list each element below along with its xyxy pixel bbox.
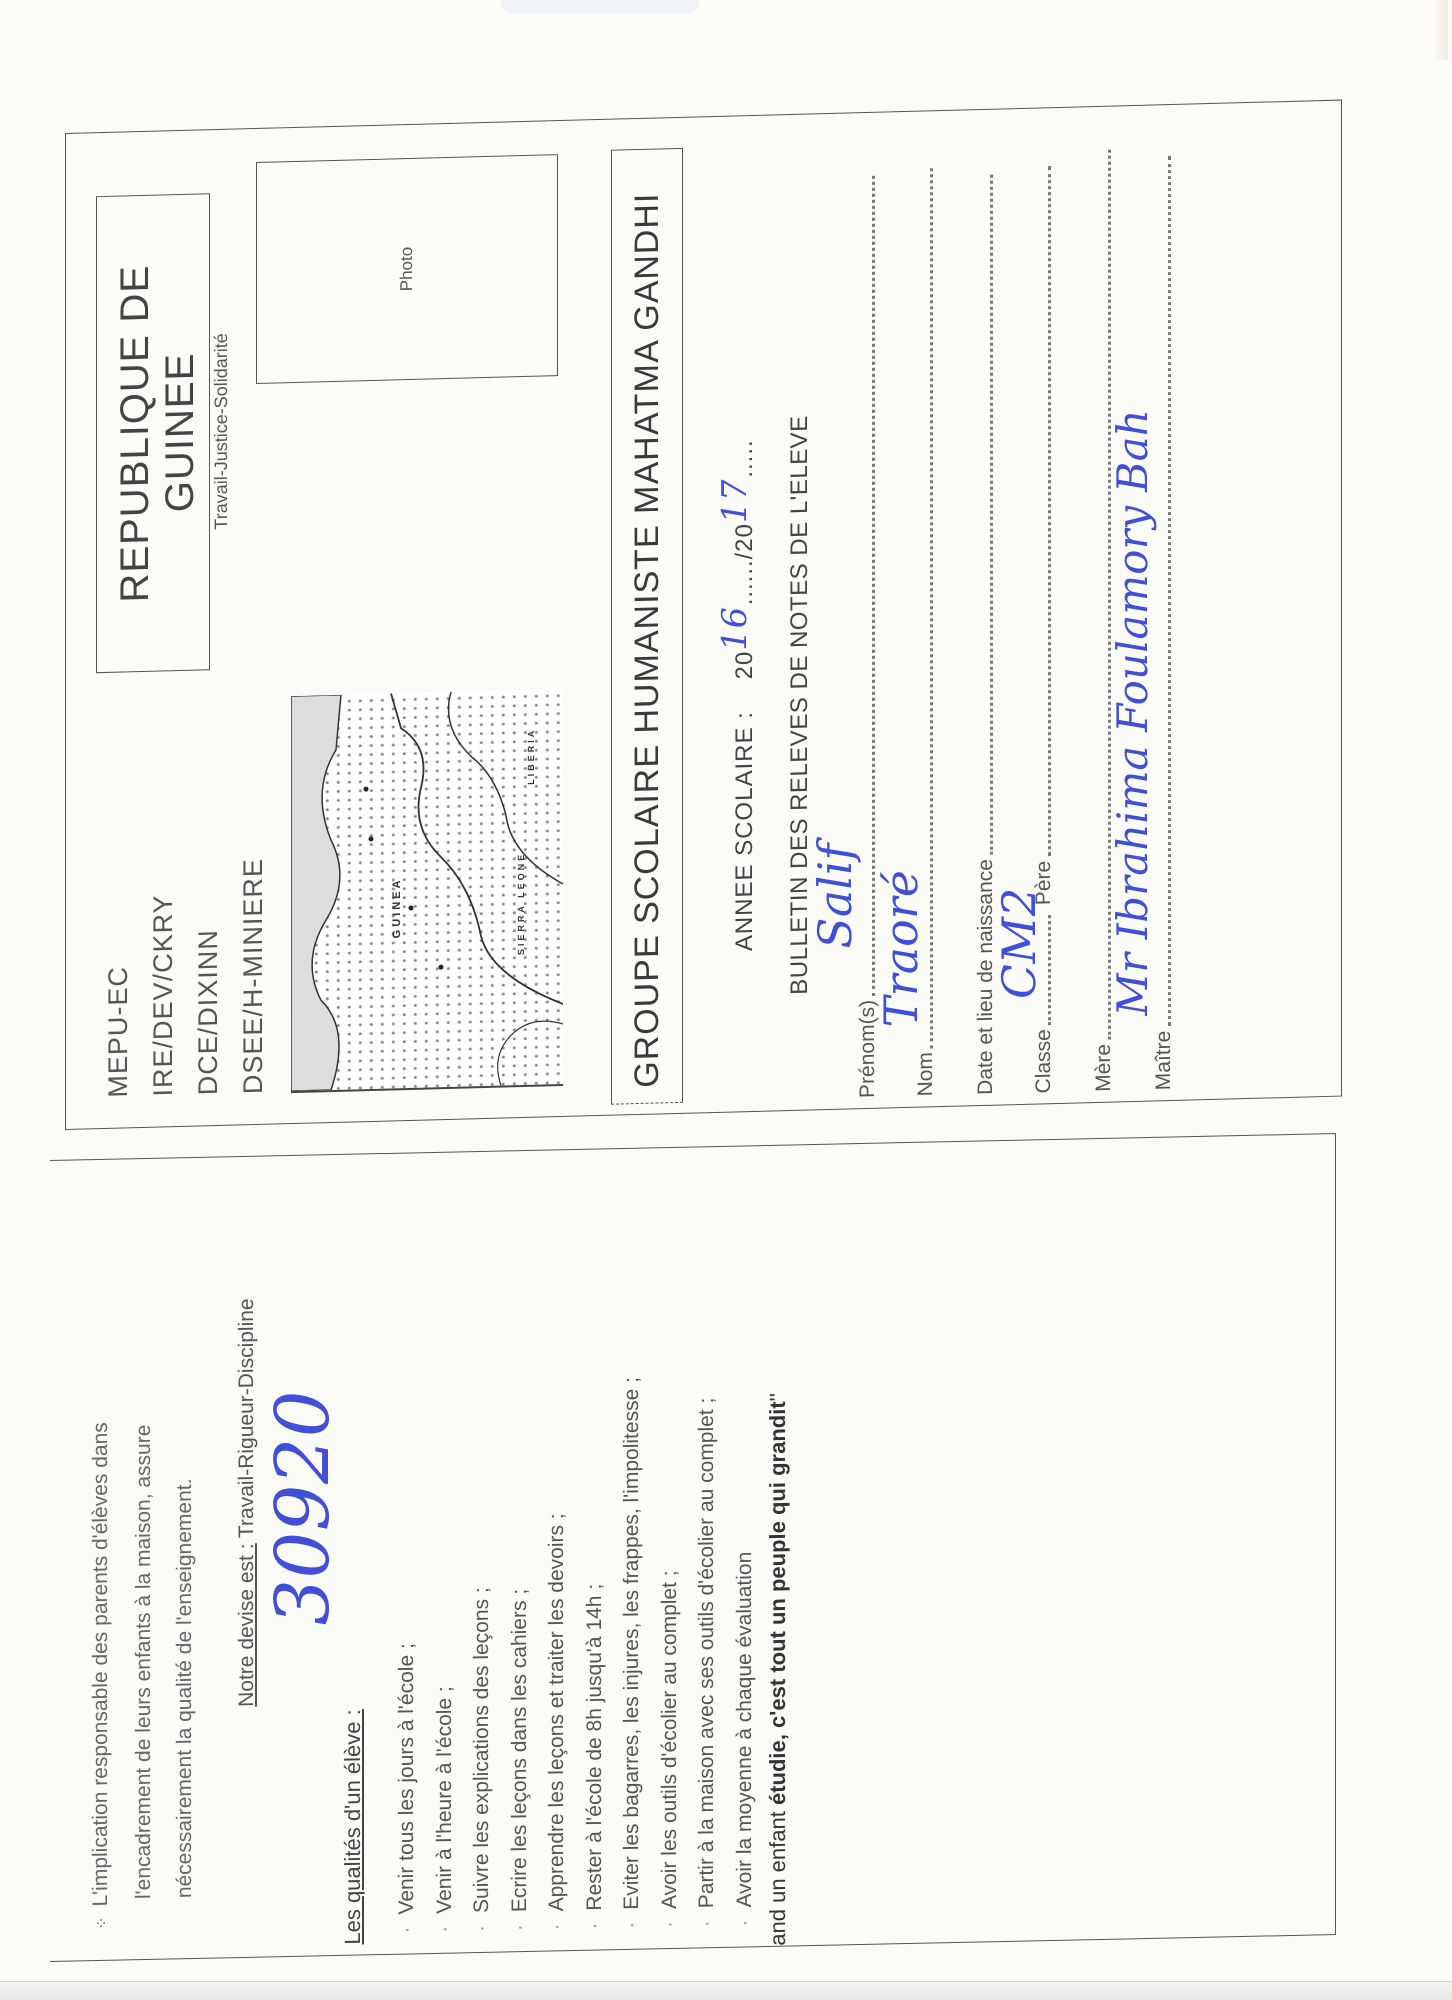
school-name-box: GROUPE SCOLAIRE HUMANISTE MAHATMA GANDHI <box>611 148 683 1105</box>
school-name: GROUPE SCOLAIRE HUMANISTE MAHATMA GANDHI <box>628 192 667 1088</box>
page-edge <box>0 1981 1452 2000</box>
map-label-liberia: LIBERIA <box>526 728 536 785</box>
list-item: Suivre les explications des leçons ; <box>463 1172 501 1933</box>
dotted-line <box>1048 167 1051 857</box>
list-item: Apprendre les leçons et traiter les devo… <box>538 1170 576 1931</box>
back-cover-panel: ⁘L'implication responsable des parents d… <box>50 1133 1336 1962</box>
annee-scolaire-row: ANNEE SCOLAIRE : 2016....../2017..... <box>721 439 761 952</box>
map-label-guinea: GUINEA <box>391 877 403 938</box>
annee-scolaire-label: ANNEE SCOLAIRE : <box>731 711 758 952</box>
ministry-header: MEPU-EC IRE/DEV/CKRY DCE/DIXINN DSEE/H-M… <box>96 857 276 1098</box>
dotted-line <box>930 168 933 1048</box>
field-mere-label: Mère <box>1092 1044 1116 1092</box>
ministry-line: DSEE/H-MINIERE <box>231 857 276 1094</box>
devise-label: Notre devise est : <box>235 1543 258 1707</box>
republic-title: REPUBLIQUE DE GUINEE <box>113 194 203 671</box>
list-item: Rester à l'école de 8h jusqu'à 14h ; <box>576 1169 614 1930</box>
ministry-line: DCE/DIXINN <box>186 859 231 1096</box>
ministry-line: MEPU-EC <box>96 861 141 1098</box>
republic-header-box: REPUBLIQUE DE GUINEE Travail-Justice-Sol… <box>96 193 210 673</box>
list-item: Venir à l'heure à l'école ; <box>426 1172 464 1933</box>
devise: Notre devise est : Travail-Rigueur-Disci… <box>235 1298 259 1707</box>
field-maitre[interactable]: Maître Mr Ibrahima Foulamory Bah <box>1152 156 1176 1090</box>
field-nom-label: Nom <box>914 1052 938 1097</box>
devise-value: Travail-Rigueur-Discipline <box>235 1298 258 1544</box>
scan-smudge <box>500 0 700 14</box>
annee-separator: ....../20 <box>731 523 758 606</box>
handwritten-year-end: 17 <box>715 478 755 524</box>
field-classe-value: CM2 <box>992 887 1046 1000</box>
dotted-line <box>990 175 993 855</box>
maxim-suffix: '' <box>765 1393 790 1402</box>
list-item: Avoir la moyenne à chaque évaluation <box>726 1166 764 1927</box>
front-cover-panel: MEPU-EC IRE/DEV/CKRY DCE/DIXINN DSEE/H-M… <box>65 100 1342 1130</box>
handwritten-number: 30920 <box>260 1389 346 1626</box>
dotted-line <box>1168 157 1171 1027</box>
parents-notice: ⁘L'implication responsable des parents d… <box>80 1248 205 1931</box>
maxim: and un enfant étudie, c'est tout un peup… <box>765 1393 791 1946</box>
photo-placeholder: Photo <box>256 154 558 384</box>
qualites-list: Venir tous les jours à l'école ; Venir à… <box>388 1166 763 1934</box>
republic-motto: Travail-Justice-Solidarité <box>211 194 232 670</box>
annee-suffix: ..... <box>731 439 758 478</box>
intro-line: L'implication responsable des parents d'… <box>89 1422 112 1907</box>
list-item: Avoir les outils d'écolier au complet ; <box>651 1168 689 1929</box>
list-item: Venir tous les jours à l'école ; <box>388 1173 426 1934</box>
dotted-line <box>1048 915 1051 1025</box>
intro-line: nécessairement la qualité de l'enseignem… <box>164 1248 205 1929</box>
handwritten-year-start: 16 <box>715 605 755 651</box>
field-nom[interactable]: Nom Traoré <box>914 168 938 1097</box>
intro-line: l'encadrement de leurs enfants à la mais… <box>123 1249 164 1930</box>
map-label-sierra-leone: SIERRA LEONE <box>516 852 526 955</box>
field-classe[interactable]: Classe CM2 Père <box>1032 166 1056 1093</box>
list-item: Eviter les bagarres, les injures, les fr… <box>613 1168 651 1929</box>
maxim-bold: étudie, c'est tout un peuple qui grandit <box>765 1401 790 1805</box>
guinea-map-icon: GUINEA SIERRA LEONE LIBERIA <box>291 689 563 1093</box>
field-nom-value: Traoré <box>874 869 928 1027</box>
field-maitre-label: Maître <box>1152 1030 1176 1090</box>
qualites-title: Les qualités d'un élève : <box>340 1709 366 1945</box>
photo-label: Photo <box>397 247 417 292</box>
field-prenoms-value: Salif <box>808 843 862 950</box>
list-item: Partir à la maison avec ses outils d'éco… <box>688 1167 726 1928</box>
annee-prefix: 20 <box>731 650 758 679</box>
paper-edge <box>1434 0 1448 60</box>
maxim-prefix: and un enfant <box>765 1805 790 1946</box>
list-item: Ecrire les leçons dans les cahiers ; <box>501 1171 539 1932</box>
field-classe-label: Classe <box>1032 1029 1056 1094</box>
bullet-icon: ⁘ <box>94 1916 111 1930</box>
ministry-line: IRE/DEV/CKRY <box>141 860 186 1097</box>
field-maitre-value: Mr Ibrahima Foulamory Bah <box>1108 409 1157 1017</box>
